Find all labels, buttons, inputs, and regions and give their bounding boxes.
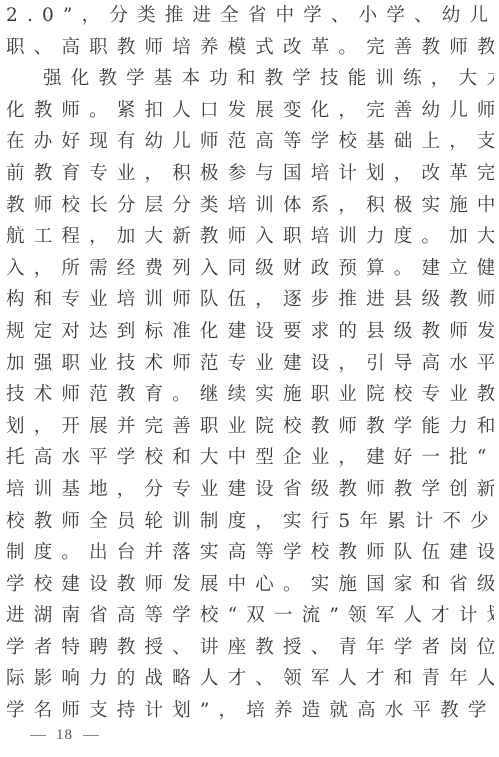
- text-line: 学者特聘教授、讲座教授、青年学者岗位，引进培养具有国: [6, 632, 494, 664]
- text-line: 前教育专业，积极参与国培计划，改革完善省培计划。构建: [6, 158, 494, 190]
- page-number: 18: [20, 727, 109, 744]
- text-line: 制度。出台并落实高等学校教师队伍建设的意见，推动高等: [6, 537, 494, 569]
- text-line: 构和专业培训师队伍，逐步推进县级教师发展机构建设。按: [6, 284, 494, 316]
- body-text: 2.0”，分类推进全省中学、小学、幼儿园、特殊教育、中 职、高职教师培养模式改革…: [6, 0, 494, 727]
- paragraph-start-line: 强化教学基本功和教学技能训练，大力培养高素质专业: [6, 63, 494, 95]
- dash-right-decoration: [83, 735, 99, 736]
- text-line: 进湖南省高等学校“双一流”领军人才计划实施，设置芙蓉: [6, 600, 494, 632]
- text-line: 托高水平学校和大中型企业，建好一批“双师型”教师培养: [6, 442, 494, 474]
- text-line: 加强职业技术师范专业建设，引导高水平工科学校举办职业: [6, 348, 494, 380]
- dash-left-decoration: [30, 735, 46, 736]
- text-line: 校教师全员轮训制度，实行5年累计不少于6个月企业实践: [6, 506, 494, 538]
- text-line: 在办好现有幼儿师范高等学校基础上，支持师范院校设立学: [6, 126, 494, 158]
- page-number-value: 18: [56, 727, 73, 743]
- text-line: 2.0”，分类推进全省中学、小学、幼儿园、特殊教育、中: [6, 0, 494, 32]
- text-line: 技术师范教育。继续实施职业院校专业教师队伍素质提高计: [6, 379, 494, 411]
- text-line: 航工程，加大新教师入职培训力度。加大教师培训经费投: [6, 221, 494, 253]
- text-line: 培训基地，分专业建设省级教师教学创新团队。落实职业院: [6, 474, 494, 506]
- text-line: 入，所需经费列入同级财政预算。建立健全地方教师发展机: [6, 253, 494, 285]
- text-line: 学校建设教师发展中心。实施国家和省级重大人才工程，推: [6, 569, 494, 601]
- text-line: 划，开展并完善职业院校教师教学能力和专业技能大赛；依: [6, 411, 494, 443]
- text-line: 化教师。紧扣人口发展变化，完善幼儿师范教育发展规划，: [6, 95, 494, 127]
- text-line: 教师校长分层分类培训体系，积极实施中小学名师名校长领: [6, 190, 494, 222]
- text-line: 规定对达到标准化建设要求的县级教师发展机构给予奖补。: [6, 316, 494, 348]
- text-line: 学名师支持计划”，培养造就高水平教学人才。: [6, 695, 494, 727]
- text-line: 际影响力的战略人才、领军人才和青年人才，实施“芙蓉教: [6, 663, 494, 695]
- document-page: 2.0”，分类推进全省中学、小学、幼儿园、特殊教育、中 职、高职教师培养模式改革…: [0, 0, 499, 757]
- text-line: 职、高职教师培养模式改革。完善教师教育质量评价制度。: [6, 32, 494, 64]
